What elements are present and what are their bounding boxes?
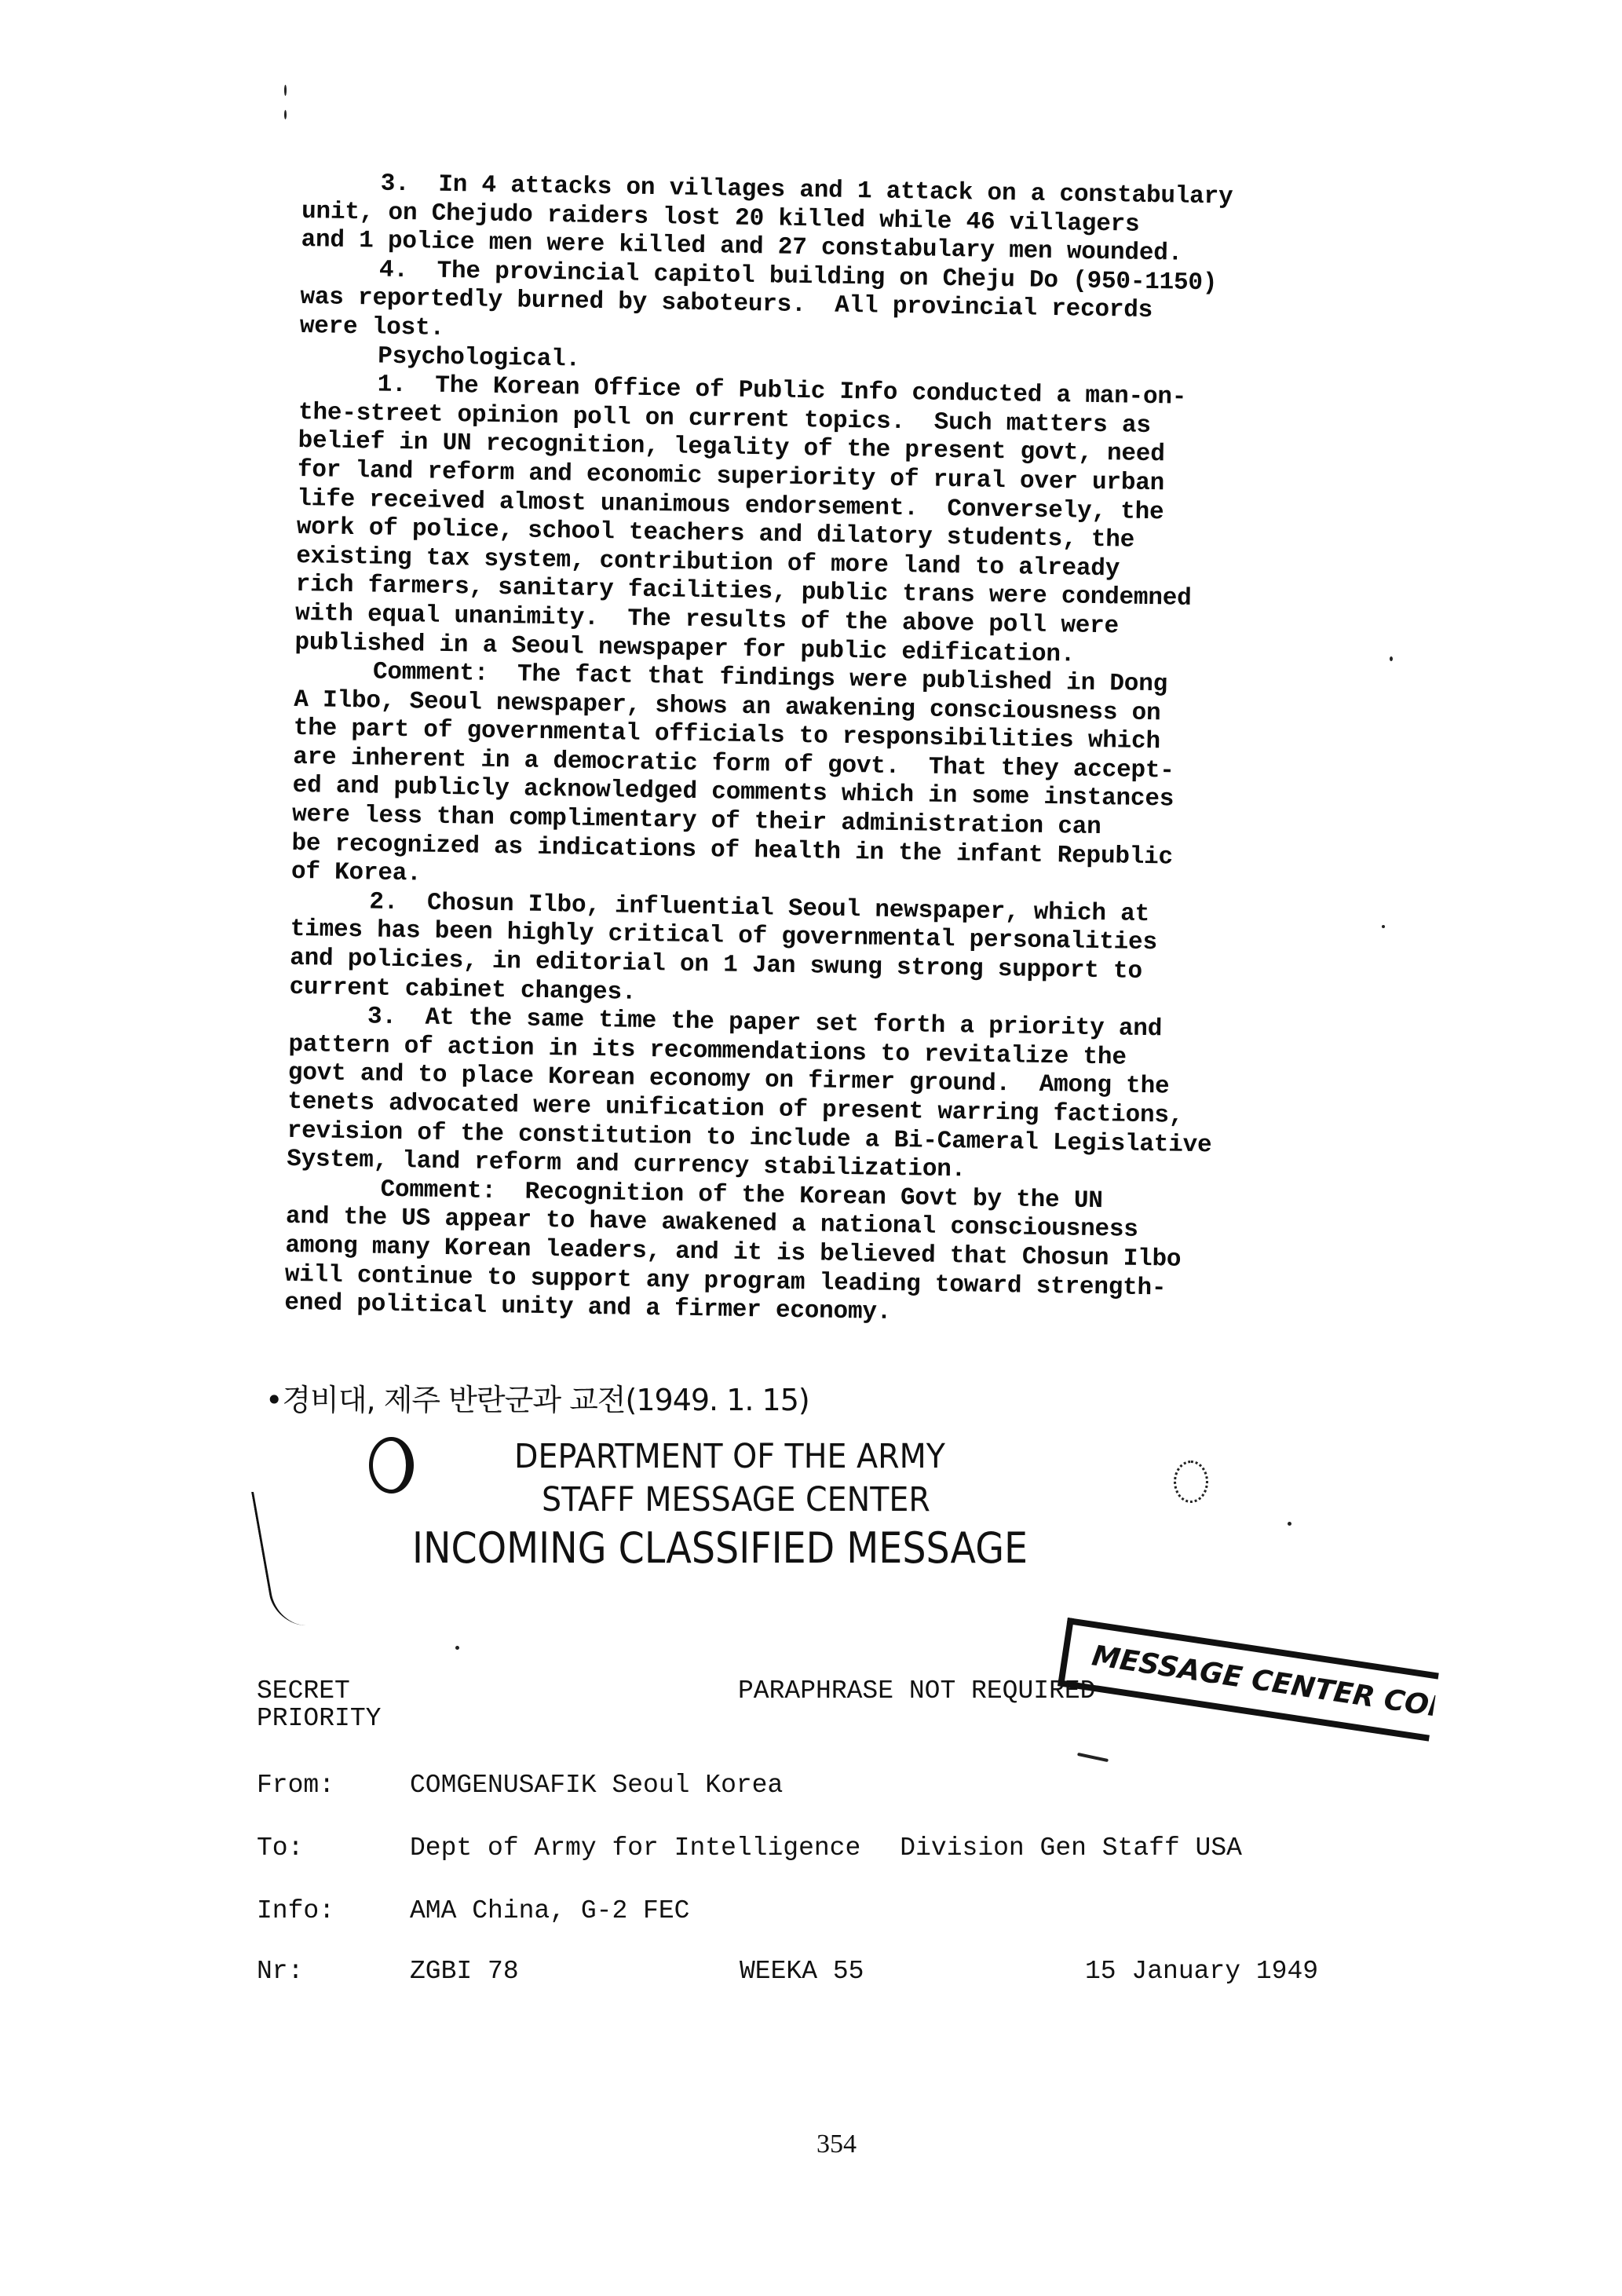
from-value: COMGENUSAFIK Seoul Korea — [410, 1771, 783, 1800]
scan-speck — [1077, 1753, 1109, 1762]
paraphrase-label: PARAPHRASE NOT REQUIRED — [738, 1676, 1095, 1706]
scan-speck — [1288, 1522, 1291, 1526]
message-date: 15 January 1949 — [1085, 1957, 1318, 1986]
scan-speck — [284, 85, 287, 96]
classification-label: SECRET — [257, 1676, 350, 1706]
precedence-label: PRIORITY — [257, 1704, 381, 1733]
to-value-division: Division Gen Staff USA — [900, 1834, 1242, 1863]
typed-report-body: 3. In 4 attacks on villages and 1 attack… — [284, 169, 1401, 1336]
info-row: Info:AMA China, G-2 FEC — [257, 1896, 689, 1925]
page-number: 354 — [816, 2130, 857, 2159]
nr-label: Nr: — [257, 1957, 410, 1986]
scan-speck — [1382, 925, 1385, 928]
header-incoming-classified: INCOMING CLASSIFIED MESSAGE — [412, 1523, 1028, 1573]
from-row: From:COMGENUSAFIK Seoul Korea — [257, 1771, 783, 1800]
nr-row: Nr:ZGBI 78WEEKA 5515 January 1949 — [257, 1957, 1318, 1986]
to-row: To:Dept of Army for IntelligenceDivision… — [257, 1834, 1242, 1863]
weeka-value: WEEKA 55 — [740, 1957, 1085, 1986]
to-label: To: — [257, 1834, 410, 1863]
message-center-copy-stamp: MESSAGE CENTER COPY — [1058, 1618, 1439, 1742]
document-page: 3. In 4 attacks on villages and 1 attack… — [0, 0, 1622, 2296]
scan-speck — [455, 1646, 459, 1650]
scan-speck — [1390, 656, 1393, 661]
header-staff-message-center: STAFF MESSAGE CENTER — [542, 1480, 930, 1519]
scan-speck — [284, 110, 287, 119]
header-department: DEPARTMENT OF THE ARMY — [514, 1437, 945, 1476]
message-header: DEPARTMENT OF THE ARMY STAFF MESSAGE CEN… — [0, 1429, 1622, 1586]
info-value: AMA China, G-2 FEC — [410, 1896, 689, 1925]
from-label: From: — [257, 1771, 410, 1800]
nr-value: ZGBI 78 — [410, 1957, 740, 1986]
info-label: Info: — [257, 1896, 410, 1925]
korean-caption: •경비대, 제주 반란군과 교전(1949. 1. 15) — [265, 1376, 809, 1419]
to-value: Dept of Army for Intelligence — [410, 1834, 860, 1863]
